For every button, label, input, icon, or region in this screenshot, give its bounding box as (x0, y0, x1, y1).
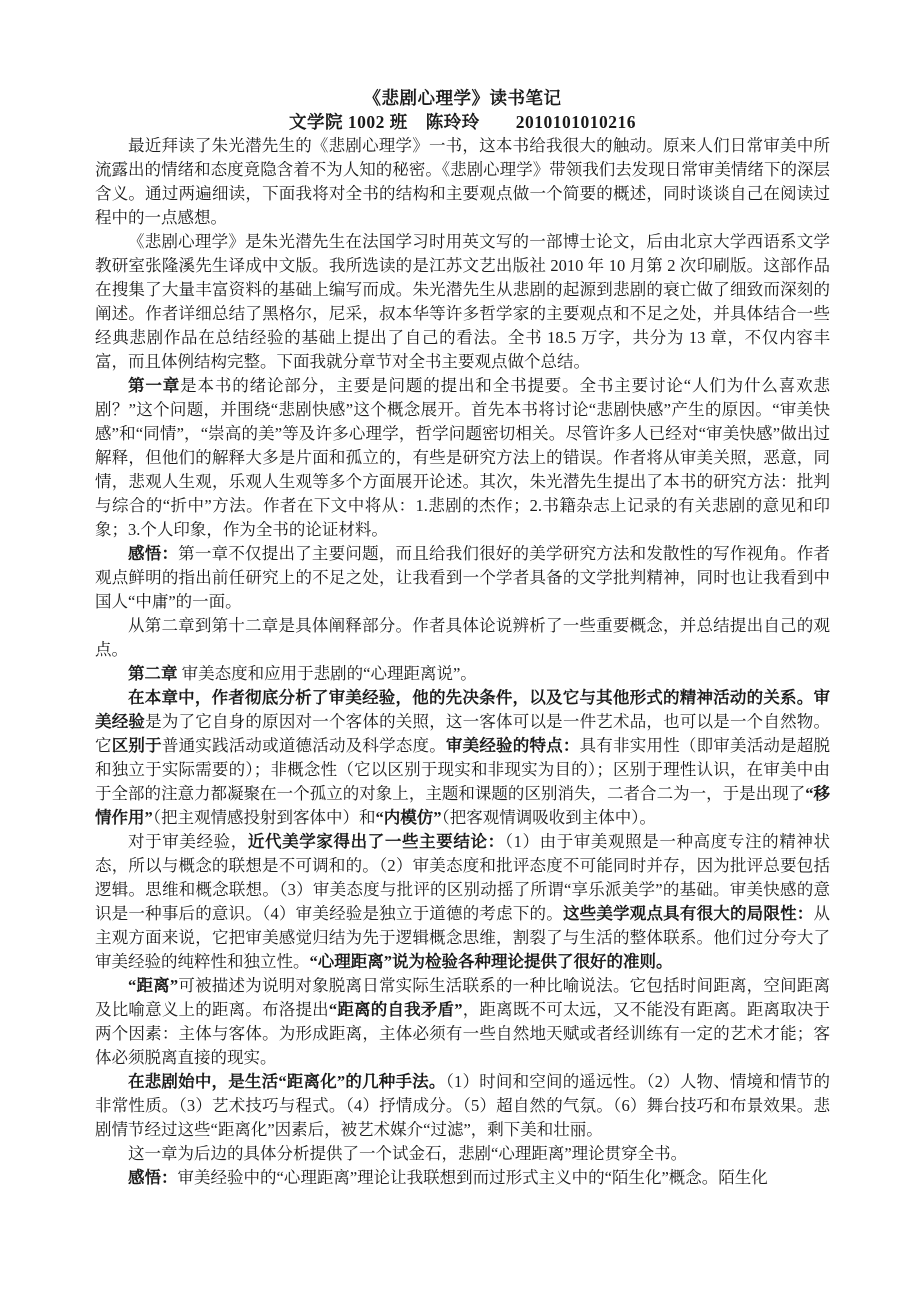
paragraph: 这一章为后边的具体分析提供了一个试金石，悲剧“心理距离”理论贯穿全书。 (95, 1142, 830, 1166)
bold-text-run: 近代美学家得出了一些主要结论： (248, 832, 505, 851)
bold-text-run: 感悟： (128, 544, 178, 563)
text-run: 从第二章到第十二章是具体阐释部分。作者具体论说辨析了一些重要概念，并总结提出自己… (95, 616, 830, 659)
bold-text-run: “距离的自我矛盾” (329, 1000, 463, 1019)
text-run: 审美态度和应用于悲剧的“心理距离说”。 (178, 664, 477, 683)
bold-text-run: 审美经验的特点： (446, 736, 580, 755)
paragraph: 感悟：第一章不仅提出了主要问题，而且给我们很好的美学研究方法和发散性的写作视角。… (95, 542, 830, 614)
text-run: 第一章不仅提出了主要问题，而且给我们很好的美学研究方法和发散性的写作视角。作者观… (95, 544, 830, 611)
bold-text-run: 这些美学观点具有很大的局限性： (563, 904, 814, 923)
paragraph: 第二章 审美态度和应用于悲剧的“心理距离说”。 (95, 662, 830, 686)
text-run: 普通实践活动或道德活动及科学态度。 (162, 736, 446, 755)
bold-text-run: 区别于 (112, 736, 162, 755)
text-run: 《悲剧心理学》是朱光潜先生在法国学习时用英文写的一部博士论文，后由北京大学西语系… (95, 232, 830, 371)
text-run: 审美经验中的“心理距离”理论让我联想到而过形式主义中的“陌生化”概念。陌生化 (178, 1168, 768, 1187)
text-run: 最近拜读了朱光潜先生的《悲剧心理学》一书，这本书给我很大的触动。原来人们日常审美… (95, 136, 830, 227)
paragraph: “距离”可被描述为说明对象脱离日常实际生活联系的一种比喻说法。它包括时间距离，空… (95, 974, 830, 1070)
text-run: （把主观情感投射到客体中）和 (153, 808, 376, 827)
bold-text-run: 第二章 (128, 664, 178, 683)
paragraph: 在本章中，作者彻底分析了审美经验，他的先决条件，以及它与其他形式的精神活动的关系… (95, 686, 830, 830)
bold-text-run: 在本章中，作者彻底分析了审美经验，他的先决条件，以及它与其他形式的精神活动的关系… (128, 688, 814, 707)
text-run: 对于审美经验， (128, 832, 248, 851)
bold-text-run: “距离” (128, 976, 178, 995)
document-body: 最近拜读了朱光潜先生的《悲剧心理学》一书，这本书给我很大的触动。原来人们日常审美… (95, 134, 830, 1190)
text-run: （把客观情调吸收到主体中）。 (442, 808, 657, 827)
bold-text-run: “内模仿” (376, 808, 442, 827)
paragraph: 从第二章到第十二章是具体阐释部分。作者具体论说辨析了一些重要概念，并总结提出自己… (95, 614, 830, 662)
document-page: 《悲剧心理学》读书笔记 文学院 1002 班 陈玲玲 2010101010216… (0, 0, 920, 1302)
paragraph: 在悲剧始中，是生活“距离化”的几种手法。（1）时间和空间的遥远性。（2）人物、情… (95, 1070, 830, 1142)
bold-text-run: 在悲剧始中，是生活“距离化”的几种手法。 (128, 1072, 446, 1091)
paragraph: 对于审美经验，近代美学家得出了一些主要结论：（1）由于审美观照是一种高度专注的精… (95, 830, 830, 974)
bold-text-run: 第一章 (128, 376, 180, 395)
text-run: 这一章为后边的具体分析提供了一个试金石，悲剧“心理距离”理论贯穿全书。 (128, 1144, 687, 1163)
paragraph: 感悟：审美经验中的“心理距离”理论让我联想到而过形式主义中的“陌生化”概念。陌生… (95, 1166, 830, 1190)
paragraph: 《悲剧心理学》是朱光潜先生在法国学习时用英文写的一部博士论文，后由北京大学西语系… (95, 230, 830, 374)
document-title: 《悲剧心理学》读书笔记 (95, 86, 830, 110)
author-byline: 文学院 1002 班 陈玲玲 2010101010216 (95, 110, 830, 134)
bold-text-run: “心理距离”说为检验各种理论提供了很好的准则。 (310, 952, 673, 971)
bold-text-run: 感悟： (128, 1168, 178, 1187)
paragraph: 最近拜读了朱光潜先生的《悲剧心理学》一书，这本书给我很大的触动。原来人们日常审美… (95, 134, 830, 230)
paragraph: 第一章是本书的绪论部分，主要是问题的提出和全书提要。全书主要讨论“人们为什么喜欢… (95, 374, 830, 542)
text-run: 是本书的绪论部分，主要是问题的提出和全书提要。全书主要讨论“人们为什么喜欢悲剧？… (95, 376, 830, 539)
